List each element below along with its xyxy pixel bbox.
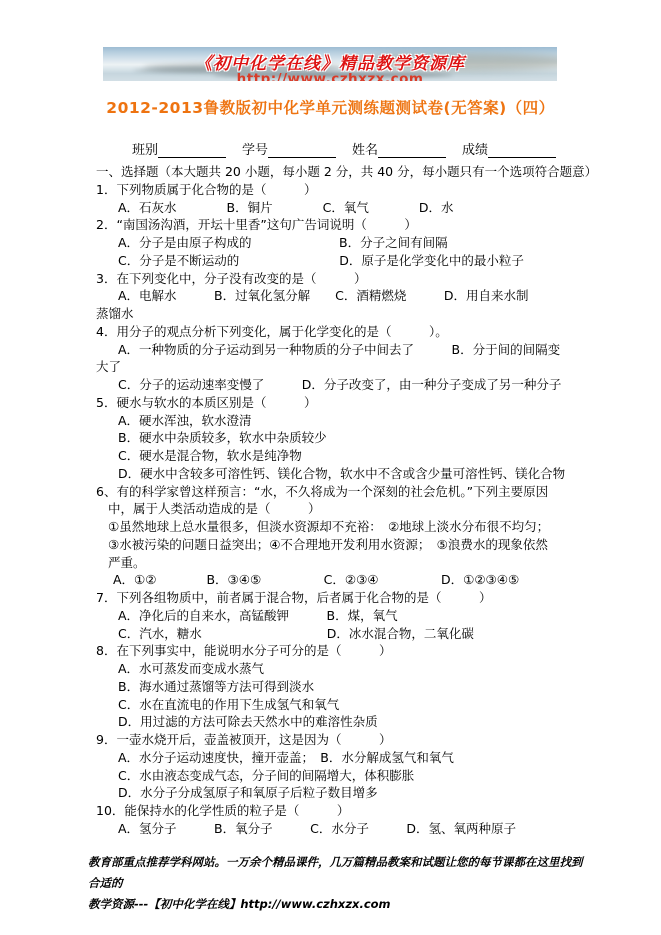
- question-8-line: C．水在直流电的作用下生成氢气和氧气: [96, 696, 611, 714]
- question-9-line: C．水由液态变成气态，分子间的间隔增大，体积膨胀: [96, 767, 611, 785]
- question-8-line: B．海水通过蒸馏等方法可得到淡水: [96, 678, 611, 696]
- question-2-line: 2．“南国汤沟酒，开坛十里香”这句广告词说明（ ）: [96, 216, 611, 234]
- question-5-line: B．硬水中杂质较多，软水中杂质较少: [96, 429, 611, 447]
- question-3-line: 蒸馏水: [96, 305, 611, 323]
- form-field-blank: [158, 143, 226, 158]
- question-2-line: A．分子是由原子构成的 B．分子之间有间隔: [96, 234, 611, 252]
- question-4: 4．用分子的观点分析下列变化，属于化学变化的是（ ）。A．一种物质的分子运动到另…: [96, 323, 611, 394]
- question-1: 1．下列物质属于化合物的是（ ）A．石灰水 B．铜片 C．氧气 D．水: [96, 181, 611, 217]
- question-10-line: A．氢分子 B．氧分子 C．水分子 D．氢、氧两种原子: [96, 820, 611, 838]
- section-header: 一、选择题（本大题共 20 小题，每小题 2 分，共 40 分，每小题只有一个选…: [96, 163, 611, 181]
- question-9-line: D．水分子分成氢原子和氧原子后粒子数目增多: [96, 784, 611, 802]
- question-5-line: 5．硬水与软水的本质区别是（ ）: [96, 394, 611, 412]
- question-4-line: 大了: [96, 358, 611, 376]
- question-8-line: A．水可蒸发而变成水蒸气: [96, 660, 611, 678]
- questions: 1．下列物质属于化合物的是（ ）A．石灰水 B．铜片 C．氧气 D．水2．“南国…: [96, 181, 611, 838]
- question-4-line: 4．用分子的观点分析下列变化，属于化学变化的是（ ）。: [96, 323, 611, 341]
- banner-site-url: http://www.czhxzx.com: [103, 71, 557, 81]
- form-field-label: 学号: [242, 139, 268, 158]
- paper-body: 一、选择题（本大题共 20 小题，每小题 2 分，共 40 分，每小题只有一个选…: [96, 163, 611, 838]
- form-field-blank: [378, 143, 446, 158]
- document-title: 2012-2013鲁教版初中化学单元测练题测试卷(无答案)（四）: [0, 96, 661, 118]
- question-7-line: C．汽水，糖水 D．冰水混合物，二氧化碳: [96, 625, 611, 643]
- site-banner: 《初中化学在线》精品教学资源库 http://www.czhxzx.com: [103, 47, 557, 81]
- question-2: 2．“南国汤沟酒，开坛十里香”这句广告词说明（ ）A．分子是由原子构成的 B．分…: [96, 216, 611, 269]
- form-field-班别: 班别: [132, 139, 226, 158]
- test-paper-page: 《初中化学在线》精品教学资源库 http://www.czhxzx.com 20…: [0, 0, 661, 935]
- question-10: 10．能保持水的化学性质的粒子是（ ）A．氢分子 B．氧分子 C．水分子 D．氢…: [96, 802, 611, 838]
- question-1-line: 1．下列物质属于化合物的是（ ）: [96, 181, 611, 199]
- form-field-blank: [488, 143, 556, 158]
- form-field-label: 班别: [132, 139, 158, 158]
- question-7: 7．下列各组物质中，前者属于混合物，后者属于化合物的是（ ）A．净化后的自来水，…: [96, 589, 611, 642]
- question-3: 3．在下列变化中，分子没有改变的是（ ）A．电解水 B．过氧化氢分解 C．酒精燃…: [96, 270, 611, 323]
- question-5-line: C．硬水是混合物，软水是纯净物: [96, 447, 611, 465]
- question-8-line: D．用过滤的方法可除去天然水中的难溶性杂质: [96, 713, 611, 731]
- question-9: 9．一壶水烧开后，壶盖被顶开，这是因为（ ）A．水分子运动速度快，撞开壶盖； B…: [96, 731, 611, 802]
- question-8-line: 8．在下列事实中，能说明水分子可分的是（ ）: [96, 642, 611, 660]
- footer-line: 教学资源---【初中化学在线】http://www.czhxzx.com: [88, 894, 593, 915]
- student-info-row: 班别学号姓名成绩: [132, 139, 572, 158]
- question-6-line: 严重。: [96, 554, 611, 572]
- question-5-line: D．硬水中含较多可溶性钙、镁化合物，软水中不含或含少量可溶性钙、镁化合物: [96, 465, 611, 483]
- form-field-姓名: 姓名: [352, 139, 446, 158]
- question-4-line: A．一种物质的分子运动到另一种物质的分子中间去了 B．分于间的间隔变: [96, 341, 611, 359]
- question-4-line: C．分子的运动速率变慢了 D．分子改变了，由一种分子变成了另一种分子: [96, 376, 611, 394]
- question-9-line: 9．一壶水烧开后，壶盖被顶开，这是因为（ ）: [96, 731, 611, 749]
- question-8: 8．在下列事实中，能说明水分子可分的是（ ）A．水可蒸发而变成水蒸气B．海水通过…: [96, 642, 611, 731]
- question-6-line: 中，属于人类活动造成的是（ ）: [96, 500, 611, 518]
- question-10-line: 10．能保持水的化学性质的粒子是（ ）: [96, 802, 611, 820]
- question-3-line: 3．在下列变化中，分子没有改变的是（ ）: [96, 270, 611, 288]
- question-6-line: ③水被污染的问题日益突出；④不合理地开发利用水资源； ⑤浪费水的现象依然: [96, 536, 611, 554]
- form-field-label: 姓名: [352, 139, 378, 158]
- form-field-blank: [268, 143, 336, 158]
- question-2-line: C．分子是不断运动的 D．原子是化学变化中的最小粒子: [96, 252, 611, 270]
- question-7-line: 7．下列各组物质中，前者属于混合物，后者属于化合物的是（ ）: [96, 589, 611, 607]
- question-6-line: ①虽然地球上总水量很多，但淡水资源却不充裕： ②地球上淡水分布很不均匀；: [96, 518, 611, 536]
- question-7-line: A．净化后的自来水，高锰酸钾 B．煤，氧气: [96, 607, 611, 625]
- form-field-成绩: 成绩: [462, 139, 556, 158]
- question-3-line: A．电解水 B．过氧化氢分解 C．酒精燃烧 D．用自来水制: [96, 287, 611, 305]
- question-1-line: A．石灰水 B．铜片 C．氧气 D．水: [96, 199, 611, 217]
- question-6: 6、有的科学家曾这样预言：“水，不久将成为一个深刻的社会危机。”下列主要原因中，…: [96, 483, 611, 590]
- question-6-line: A．①② B．③④⑤ C．②③④ D．①②③④⑤: [96, 571, 611, 589]
- question-9-line: A．水分子运动速度快，撞开壶盖； B．水分解成氢气和氧气: [96, 749, 611, 767]
- form-field-学号: 学号: [242, 139, 336, 158]
- footer-note: 教育部重点推荐学科网站。一万余个精品课件，几万篇精品教案和试题让您的每节课都在这…: [88, 852, 593, 915]
- footer-line: 教育部重点推荐学科网站。一万余个精品课件，几万篇精品教案和试题让您的每节课都在这…: [88, 852, 593, 894]
- question-5: 5．硬水与软水的本质区别是（ ）A．硬水浑浊，软水澄清B．硬水中杂质较多，软水中…: [96, 394, 611, 483]
- question-6-line: 6、有的科学家曾这样预言：“水，不久将成为一个深刻的社会危机。”下列主要原因: [96, 483, 611, 501]
- question-5-line: A．硬水浑浊，软水澄清: [96, 412, 611, 430]
- form-field-label: 成绩: [462, 139, 488, 158]
